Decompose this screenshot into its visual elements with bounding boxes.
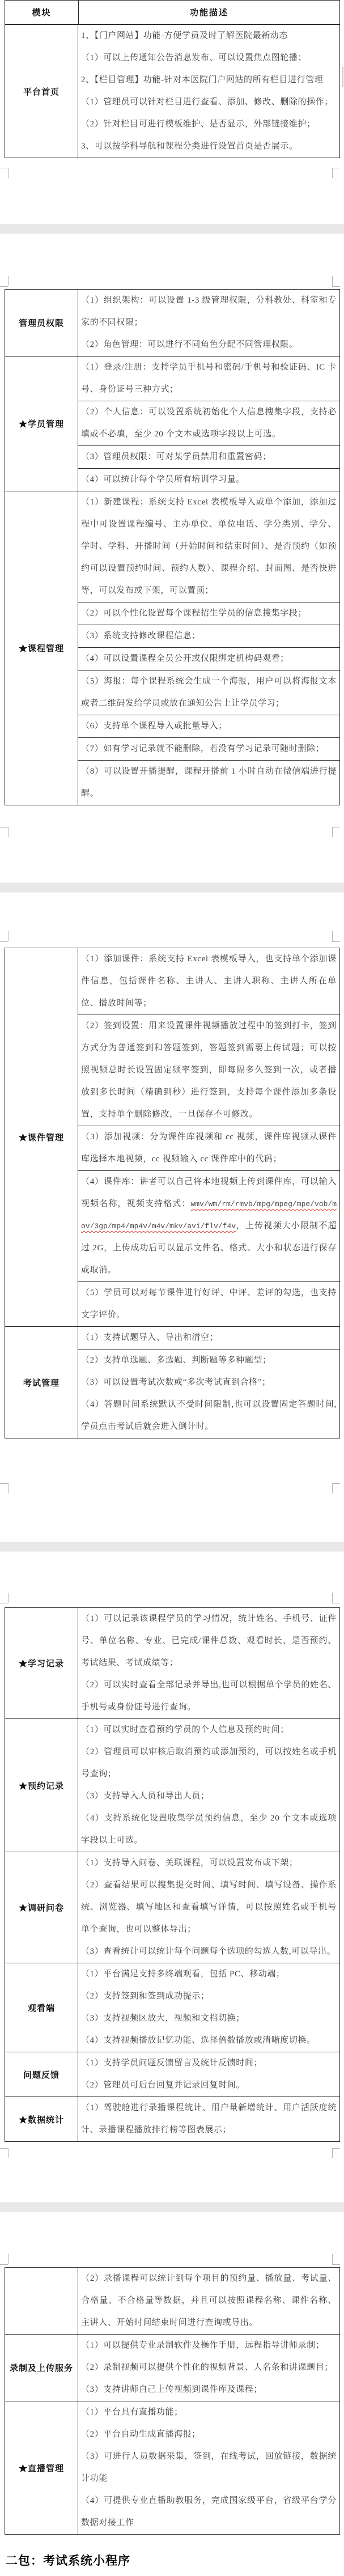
- module-row: 管理员权限（1）组织架构：可以设置 1-3 级管理权限，分科教处、科室和专家的不…: [5, 290, 339, 356]
- feature-item: （3）可进行人员数据采集，签到，在线考试，回放链接，数据统计功能: [78, 2446, 339, 2490]
- feature-item: （1）添加课件：系统支持 Excel 表模板导入，也支持单个添加课件信息，包括课…: [78, 948, 339, 1015]
- module-table: ★课件管理（1）添加课件：系统支持 Excel 表模板导入，也支持单个添加课件信…: [5, 948, 340, 1438]
- page-margin-mark: [0, 168, 8, 168]
- feature-item: （1）登录/注册：支持学员手机号和密码/手机号和验证码、IC 卡号、身份证号三种…: [78, 357, 339, 401]
- feature-item: （3）添加视频：分为课件库视频和 cc 视频，课件库视频从课件库选择本地视频，c…: [78, 1126, 339, 1170]
- module-name-cell: ★预约记录: [5, 1719, 78, 1852]
- document-page: 模块功能描述平台首页1、【门户网站】功能-方便学员及时了解医院最新动态（1）可以…: [0, 0, 344, 224]
- module-row: ★数据统计（1）驾驶舱进行录播课程统计、用户量新增统计、用户活跃度统计、录播课程…: [5, 2097, 339, 2141]
- description-cell: （1）平台具有直播功能；（2）平台自动生成直播海报；（3）可进行人员数据采集，签…: [78, 2401, 339, 2534]
- feature-item: （2）针对栏目可进行模板维护、是否显示，外部链接维护；: [78, 113, 339, 135]
- description-cell: 1、【门户网站】功能-方便学员及时了解医院最新动态（1）可以上传通知公告消息发布…: [78, 25, 339, 158]
- edge-mark: [342, 67, 343, 87]
- page-margin-mark: [332, 1603, 340, 1603]
- feature-item: （2）个人信息：可以设置系统初始化个人信息搜集字段，支持必填或不必填，至少 20…: [78, 401, 339, 445]
- module-table: ★学习记录（1）可以记录该课程学员的学习情况，统计姓名、手机号、证件号、单位名称…: [5, 1607, 340, 2142]
- feature-item: （5）学员可以对每节课件进行好评、中评、差评的勾选，也支持文字评价。: [78, 1281, 339, 1326]
- page-margin-mark: [8, 2148, 9, 2158]
- page-margin-mark: [0, 941, 8, 942]
- module-table: 管理员权限（1）组织架构：可以设置 1-3 级管理权限，分科教处、科室和专家的不…: [5, 289, 340, 805]
- module-row: ★学习记录（1）可以记录该课程学员的学习情况，统计姓名、手机号、证件号、单位名称…: [5, 1608, 339, 1718]
- description-cell: （1）驾驶舱进行录播课程统计、用户量新增统计、用户活跃度统计、录播课程播放排行榜…: [78, 2097, 339, 2141]
- feature-item: （4）答题时间系统默认不受时间限制,也可以设置固定答题时间,学员点击考试后就会进…: [78, 1394, 339, 1438]
- page-margin-mark: [0, 286, 8, 287]
- feature-item: （2）录播课程可以统计到每个项目的预约量、播放量、考试量、合格量、不合格量等数据…: [78, 2268, 339, 2334]
- page-margin-mark: [0, 2264, 8, 2265]
- module-name-cell: 录制及上传服务: [5, 2335, 78, 2401]
- module-name-cell: ★数据统计: [5, 2097, 78, 2141]
- feature-item: （3）查看统计可以统计每个问题每个选项的勾选人数,可以导出。: [78, 1941, 339, 1963]
- feature-item: （8）可以设置开播提醒，课程开播前 1 小时自动在微信端进行提醒。: [78, 760, 339, 805]
- page-separator-band: [0, 224, 344, 234]
- module-name-cell: [5, 2268, 78, 2334]
- page-margin-mark: [0, 1603, 8, 1603]
- feature-item: （4）支持系统化设置收集学员预约信息，至少 20 个文本或选项字段以上可选。: [78, 1807, 339, 1852]
- page-margin-mark: [332, 931, 333, 941]
- page-margin-mark: [8, 1593, 9, 1603]
- module-row: 观看端（1）平台满足支持多终端观看，包括 PC、移动端；（2）支持签到和签到成功…: [5, 1963, 339, 2052]
- feature-item: （3）管理员权限：可对某学员禁用和重置密码；: [78, 445, 339, 468]
- page-margin-mark: [0, 1483, 8, 1484]
- description-cell: （1）平台满足支持多终端观看，包括 PC、移动端；（2）支持签到和签到成功提示；…: [78, 1963, 339, 2052]
- module-row: 平台首页1、【门户网站】功能-方便学员及时了解医院最新动态（1）可以上传通知公告…: [5, 24, 339, 158]
- feature-item: （2）管理员可以审核后取消预约或添加预约，可以按姓名或手机号查询；: [78, 1741, 339, 1785]
- feature-item: （7）如有学习记录就不能删除，若没有学习记录可随时删除；: [78, 737, 339, 760]
- module-row: ★调研问卷（1）支持导入问卷、关联课程，可以设置发布或下架；（2）查看结果可以搜…: [5, 1852, 339, 1963]
- page-separator-band: [0, 882, 344, 893]
- table-header-row: 模块功能描述: [5, 1, 339, 24]
- module-name-cell: ★调研问卷: [5, 1852, 78, 1963]
- feature-item: （1）可以提供专业录制软件及操作手册，远程指导讲师录制；: [78, 2335, 339, 2357]
- page-margin-mark: [332, 2148, 340, 2149]
- description-cell: （1）组织架构：可以设置 1-3 级管理权限，分科教处、科室和专家的不同权限；（…: [78, 290, 339, 356]
- description-cell: （1）支持学员问题反馈留言及统计反馈时间；（2）管理员可后台回复并记录回复时间。: [78, 2052, 339, 2097]
- module-row: 考试管理（1）支持试题导入、导出和清空；（2）支持单选题、多选题、判断题等多种题…: [5, 1326, 339, 1438]
- module-row: ★直播管理（1）平台具有直播功能；（2）平台自动生成直播海报；（3）可进行人员数…: [5, 2401, 339, 2534]
- section-heading: 二包：考试系统小程序: [6, 2552, 130, 2569]
- module-row: ★学员管理（1）登录/注册：支持学员手机号和密码/手机号和验证码、IC 卡号、身…: [5, 356, 339, 491]
- description-cell: （1）支持试题导入、导出和清空；（2）支持单选题、多选题、判断题等多种题型；（3…: [78, 1327, 339, 1438]
- module-row: 录制及上传服务（1）可以提供专业录制软件及操作手册，远程指导讲师录制；（2）录制…: [5, 2334, 339, 2401]
- feature-item: 2、【栏目管理】功能-针对本医院门户网站的所有栏目进行管理: [78, 69, 339, 91]
- module-table: 模块功能描述平台首页1、【门户网站】功能-方便学员及时了解医院最新动态（1）可以…: [5, 0, 340, 158]
- feature-item: （1）支持试题导入、导出和清空；: [78, 1327, 339, 1349]
- description-cell: （1）新建课程：系统支持 Excel 表模板导入或单个添加，添加过程中可设置课程…: [78, 491, 339, 805]
- module-name-cell: 观看端: [5, 1963, 78, 2052]
- page-margin-mark: [332, 276, 333, 286]
- description-cell: （1）支持导入问卷、关联课程，可以设置发布或下架；（2）查看结果可以搜集提交时间…: [78, 1852, 339, 1963]
- description-cell: （1）添加课件：系统支持 Excel 表模板导入，也支持单个添加课件信息，包括课…: [78, 948, 339, 1326]
- feature-item: （2）查看结果可以搜集提交时间、填写时间、填写设备、操作系统、浏览器、填写地区和…: [78, 1874, 339, 1941]
- module-name-cell: 问题反馈: [5, 2052, 78, 2097]
- feature-item: （6）支持单个课程导入或批量导入；: [78, 715, 339, 737]
- page-margin-mark: [332, 1483, 340, 1484]
- page-separator-band: [0, 1542, 344, 1552]
- description-cell: （1）可以提供专业录制软件及操作手册，远程指导讲师录制；（2）录制视频可以提供个…: [78, 2335, 339, 2401]
- page-margin-mark: [332, 941, 340, 942]
- feature-item: （5）海报：每个课程系统会生成一个海报，用户可以将海报文本或者二维码发给学员或放…: [78, 670, 339, 715]
- page-margin-mark: [8, 276, 9, 286]
- document-page: 管理员权限（1）组织架构：可以设置 1-3 级管理权限，分科教处、科室和专家的不…: [0, 234, 344, 882]
- feature-item: （1）可以上传通知公告消息发布、可以设置焦点图轮播；: [78, 47, 339, 69]
- page-margin-mark: [332, 286, 340, 287]
- page-margin-mark: [8, 1483, 9, 1493]
- module-row: 问题反馈（1）支持学员问题反馈留言及统计反馈时间；（2）管理员可后台回复并记录回…: [5, 2052, 339, 2097]
- feature-item: （1）可以记录该课程学员的学习情况，统计姓名、手机号、证件号、单位名称、专业、已…: [78, 1608, 339, 1674]
- feature-item: 1、【门户网站】功能-方便学员及时了解医院最新动态: [78, 25, 339, 47]
- feature-item: （1）新建课程：系统支持 Excel 表模板导入或单个添加，添加过程中可设置课程…: [78, 491, 339, 602]
- page-margin-mark: [332, 1593, 333, 1603]
- module-name-cell: ★课程管理: [5, 491, 78, 805]
- feature-item: （2）录制视频可以提供个性化的视频背景、人名条和讲课题目；: [78, 2357, 339, 2379]
- module-row: ★课件管理（1）添加课件：系统支持 Excel 表模板导入，也支持单个添加课件信…: [5, 948, 339, 1326]
- document-page: ★课件管理（1）添加课件：系统支持 Excel 表模板导入，也支持单个添加课件信…: [0, 893, 344, 1542]
- document-page: （2）录播课程可以统计到每个项目的预约量、播放量、考试量、合格量、不合格量等数据…: [0, 2213, 344, 2576]
- feature-item: （3）支持视频区放大，视频和文档切换；: [78, 2008, 339, 2030]
- description-cell: （2）录播课程可以统计到每个项目的预约量、播放量、考试量、合格量、不合格量等数据…: [78, 2268, 339, 2334]
- module-name-cell: ★学员管理: [5, 357, 78, 491]
- module-name-cell: ★课件管理: [5, 948, 78, 1326]
- feature-item: （1）平台具有直播功能；: [78, 2401, 339, 2424]
- description-cell: （1）登录/注册：支持学员手机号和密码/手机号和验证码、IC 卡号、身份证号三种…: [78, 357, 339, 491]
- feature-item: （3）可以设置考试次数或“多次考试直到合格”；: [78, 1372, 339, 1394]
- module-name-cell: 平台首页: [5, 25, 78, 158]
- feature-item: （1）支持学员问题反馈留言及统计反馈时间；: [78, 2052, 339, 2074]
- module-name-cell: 考试管理: [5, 1327, 78, 1438]
- feature-item: （3）系统支持修改课程信息；: [78, 625, 339, 647]
- feature-item: （3）支持导入人员和导出人员；: [78, 1785, 339, 1807]
- page-margin-mark: [332, 2264, 340, 2265]
- feature-item: （2）角色管理：可以进行不同角色分配不同管理权限。: [78, 334, 339, 356]
- feature-item: （2）支持签到和签到成功提示；: [78, 1985, 339, 2008]
- feature-item: （1）驾驶舱进行录播课程统计、用户量新增统计、用户活跃度统计、录播课程播放排行榜…: [78, 2097, 339, 2141]
- module-row: ★课程管理（1）新建课程：系统支持 Excel 表模板导入或单个添加，添加过程中…: [5, 491, 339, 805]
- feature-item: （2）可以实时查看全部记录并导出,也可以根据单个学员的姓名、手机号或身份证号进行…: [78, 1674, 339, 1718]
- description-cell: （1）可以记录该课程学员的学习情况，统计姓名、手机号、证件号、单位名称、专业、已…: [78, 1608, 339, 1718]
- feature-item: （1）管理员可以针对栏目进行查看、添加、修改、删除的操作；: [78, 91, 339, 113]
- page-margin-mark: [8, 2254, 9, 2264]
- page-margin-mark: [332, 2254, 333, 2264]
- module-row: ★预约记录（1）可以实时查看预约学员的个人信息及预约时间；（2）管理员可以审核后…: [5, 1718, 339, 1852]
- page-margin-mark: [0, 2148, 8, 2149]
- page-margin-mark: [332, 2148, 333, 2158]
- page-margin-mark: [332, 827, 333, 837]
- feature-item: （1）可以实时查看预约学员的个人信息及预约时间；: [78, 1719, 339, 1741]
- feature-item: （4）可提供专业直播助教服务，完成国家级平台，省级平台学分数据对接工作: [78, 2490, 339, 2534]
- page-margin-mark: [332, 168, 340, 168]
- feature-item: （2）平台自动生成直播海报；: [78, 2424, 339, 2446]
- page-margin-mark: [8, 168, 9, 178]
- page-margin-mark: [8, 827, 9, 837]
- feature-item: （2）签到设置：用来设置课件视频播放过程中的签到打卡，签到方式分为普通签到和答题…: [78, 1015, 339, 1126]
- module-table: （2）录播课程可以统计到每个项目的预约量、播放量、考试量、合格量、不合格量等数据…: [5, 2267, 340, 2535]
- feature-item: （4）支持视频播放记忆功能、选择倍数播放或清晰度切换。: [78, 2030, 339, 2052]
- module-name-cell: 管理员权限: [5, 290, 78, 356]
- module-column-header: 模块: [5, 1, 79, 24]
- feature-item: （4）可以统计每个学员所有培训学习量。: [78, 468, 339, 491]
- page-margin-mark: [332, 1483, 333, 1493]
- feature-item: （1）组织架构：可以设置 1-3 级管理权限，分科教处、科室和专家的不同权限；: [78, 290, 339, 334]
- page-separator-band: [0, 2202, 344, 2212]
- feature-item: （2）支持单选题、多选题、判断题等多种题型；: [78, 1349, 339, 1372]
- feature-item: 3、可以按学科导航和课程分类进行设置首页是否展示。: [78, 135, 339, 158]
- module-row: （2）录播课程可以统计到每个项目的预约量、播放量、考试量、合格量、不合格量等数据…: [5, 2268, 339, 2334]
- feature-item: （1）平台满足支持多终端观看，包括 PC、移动端；: [78, 1963, 339, 1985]
- feature-item: （2）可以个性化设置每个课程招生学员的信息搜集字段；: [78, 602, 339, 625]
- feature-item: （1）支持导入问卷、关联课程，可以设置发布或下架；: [78, 1852, 339, 1874]
- feature-item: （4）课件库：讲者可以自己将本地视频上传到课件库，可以输入视频名称，视频支持格式…: [78, 1170, 339, 1281]
- document-page: ★学习记录（1）可以记录该课程学员的学习情况，统计姓名、手机号、证件号、单位名称…: [0, 1552, 344, 2202]
- description-column-header: 功能描述: [79, 1, 339, 24]
- page-margin-mark: [332, 168, 333, 178]
- description-cell: （1）可以实时查看预约学员的个人信息及预约时间；（2）管理员可以审核后取消预约或…: [78, 1719, 339, 1852]
- module-name-cell: ★直播管理: [5, 2401, 78, 2534]
- page-margin-mark: [332, 827, 340, 827]
- page-margin-mark: [0, 827, 8, 827]
- page-margin-mark: [8, 931, 9, 941]
- feature-item: （2）管理员可后台回复并记录回复时间。: [78, 2074, 339, 2097]
- feature-item: （3）支持讲师自己上传视频到课件库及课程；: [78, 2379, 339, 2401]
- module-name-cell: ★学习记录: [5, 1608, 78, 1718]
- feature-item: （4）可以设置课程全员公开或仅限绑定机构码观看；: [78, 647, 339, 670]
